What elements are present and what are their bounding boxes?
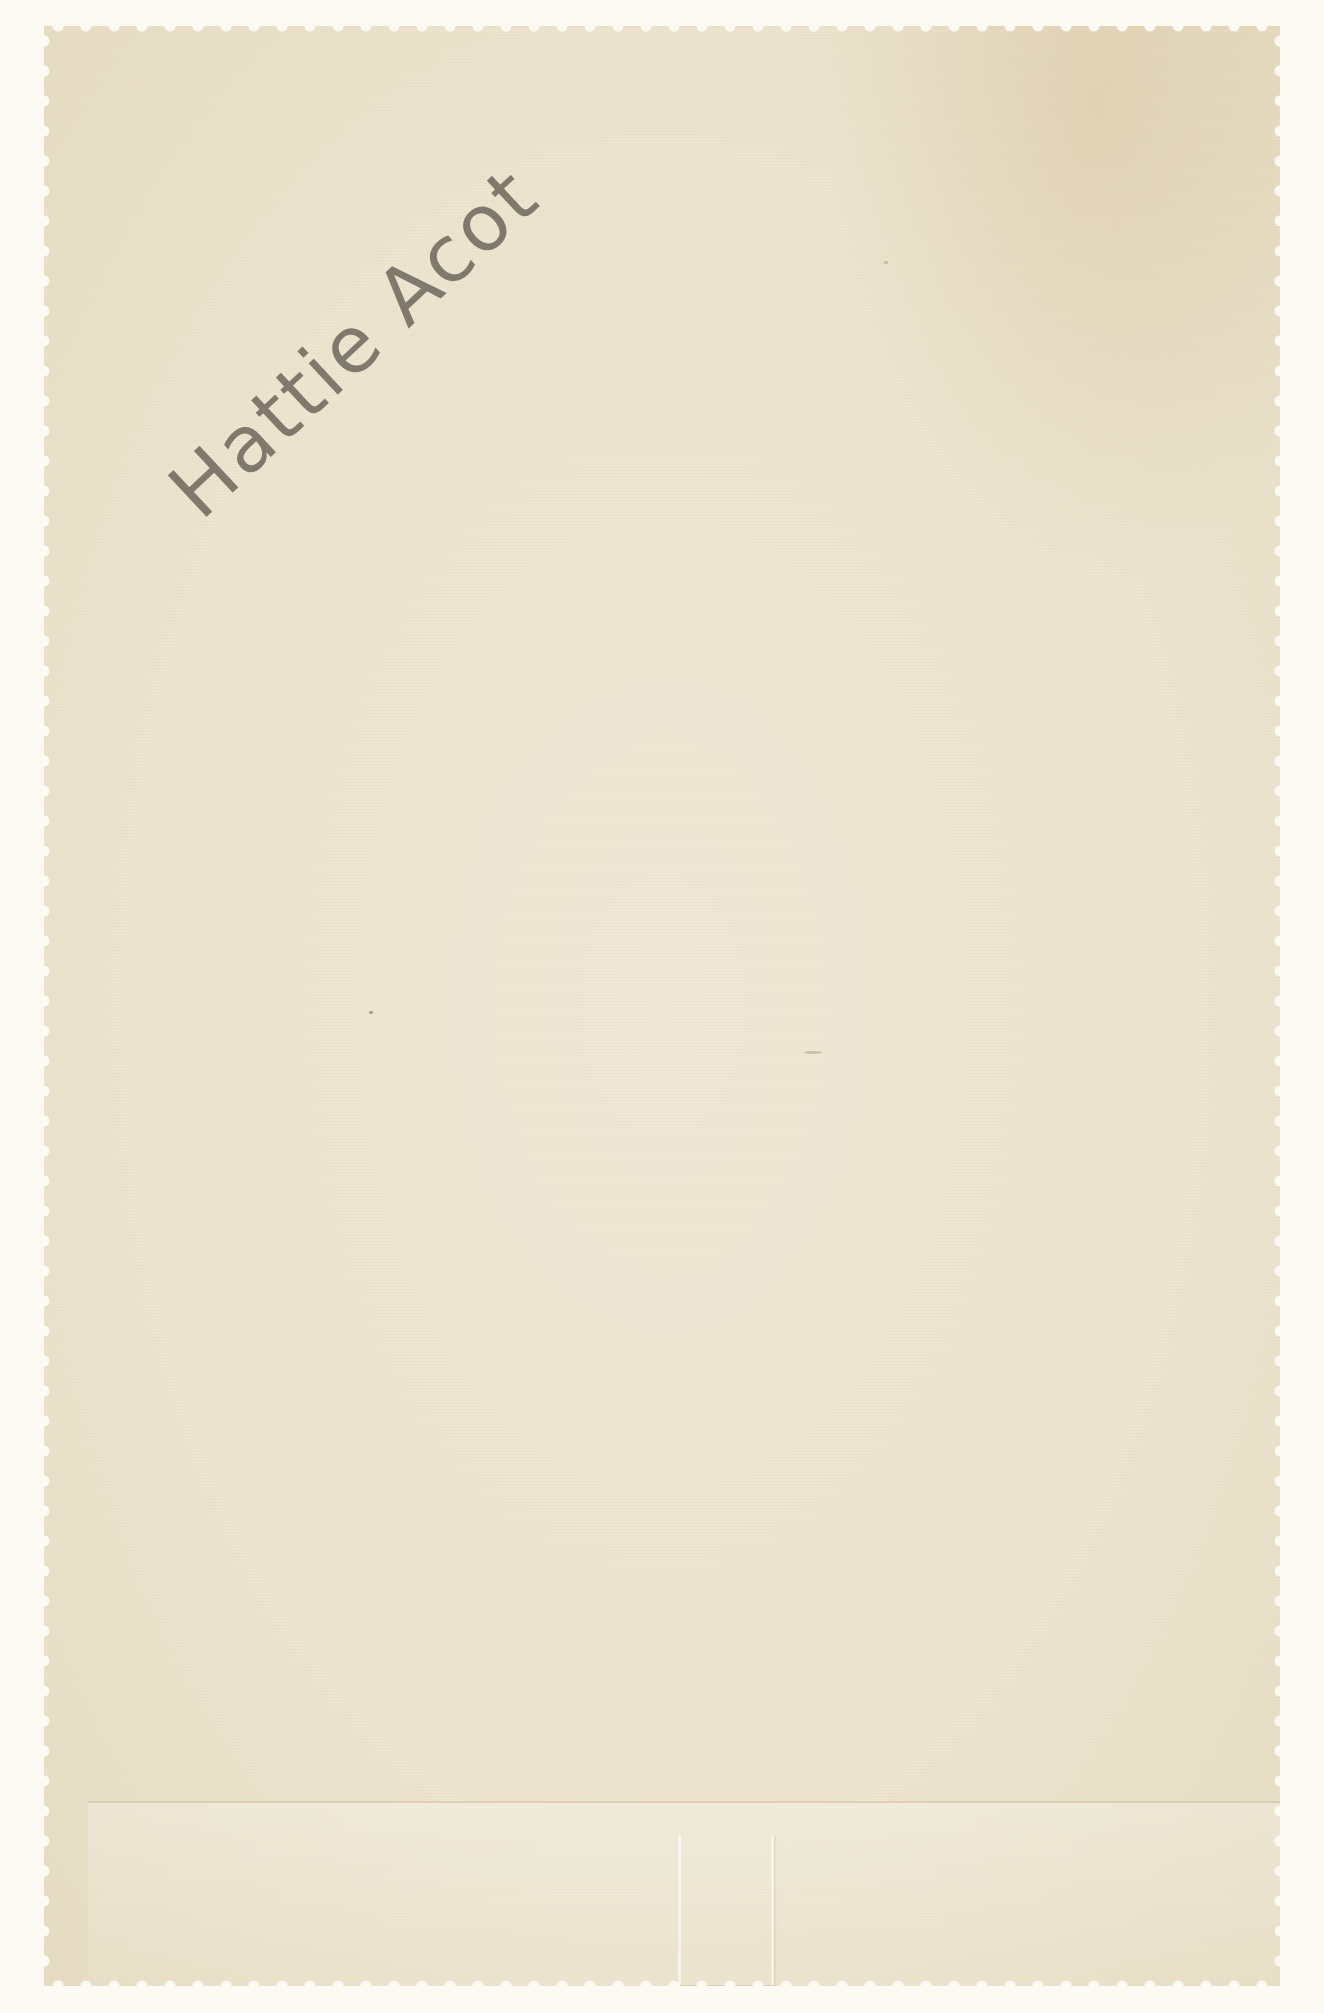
paper-speck [884, 261, 888, 264]
photo-card-back: Hattie Acot [44, 26, 1280, 1986]
paper-speck [804, 1051, 822, 1054]
scalloped-edge-top [44, 26, 1280, 36]
embossed-studio-band [88, 1801, 1324, 2003]
scalloped-edge-bottom [44, 1976, 1280, 1986]
handwritten-inscription: Hattie Acot [153, 151, 557, 536]
scalloped-edge-left [44, 26, 52, 1986]
paper-speck [369, 1011, 373, 1014]
scalloped-edge-right [1272, 26, 1280, 1986]
embossed-monogram [678, 1835, 774, 1985]
